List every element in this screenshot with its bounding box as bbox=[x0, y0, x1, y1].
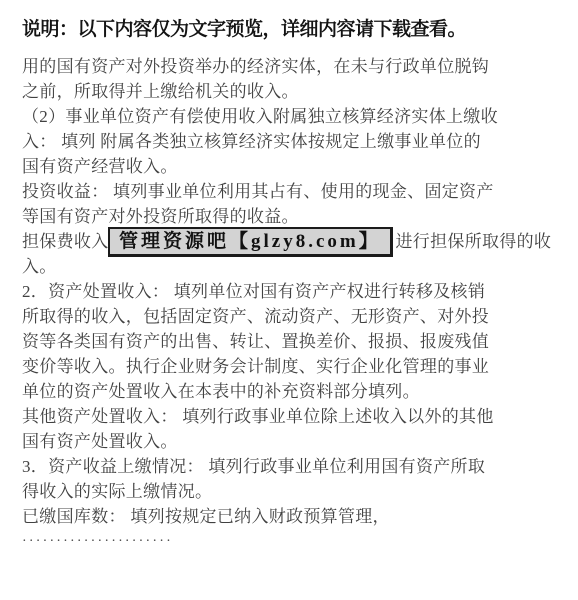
text-line: 资等各类国有资产的出售、转让、置换差价、报损、报废残值 bbox=[22, 329, 558, 354]
text-line: 国有资产处置收入。 bbox=[22, 429, 558, 454]
text-line: 3．资产收益上缴情况： 填列行政事业单位利用国有资产所取 bbox=[22, 454, 558, 479]
text-line: 国有资产经营收入。 bbox=[22, 154, 558, 179]
text-line: 之前，所取得并上缴给机关的收入。 bbox=[22, 79, 558, 104]
text-line: （2）事业单位资产有偿使用收入附属独立核算经济实体上缴收 bbox=[22, 104, 558, 129]
text-line: 入。 bbox=[22, 254, 558, 279]
text-line: 2．资产处置收入： 填列单位对国有资产产权进行转移及核销 bbox=[22, 279, 558, 304]
text-line: 投资收益： 填列事业单位利用其占有、使用的现金、固定资产 bbox=[22, 179, 558, 204]
text-line: 单位的资产处置收入在本表中的补充资料部分填列。 bbox=[22, 379, 558, 404]
text-line: 变价等收入。执行企业财务会计制度、实行企业化管理的事业 bbox=[22, 354, 558, 379]
text-line: 入： 填列 附属各类独立核算经济实体按规定上缴事业单位的 bbox=[22, 129, 558, 154]
text-line: 用的国有资产对外投资举办的经济实体，在未与行政单位脱钩 bbox=[22, 54, 558, 79]
text-before-watermark: 担保费收入 bbox=[22, 232, 109, 251]
text-line: 其他资产处置收入： 填列行政事业单位除上述收入以外的其他 bbox=[22, 404, 558, 429]
text-line: 已缴国库数： 填列按规定已纳入财政预算管理， bbox=[22, 504, 558, 529]
text-line: 得收入的实际上缴情况。 bbox=[22, 479, 558, 504]
text-line: 所取得的收入，包括固定资产、流动资产、无形资产、对外投 bbox=[22, 304, 558, 329]
watermark-line: 担保费收入进行担保所取得的收 管理资源吧【glzy8.com】 bbox=[22, 229, 558, 254]
text-line: 等国有资产对外投资所取得的收益。 bbox=[22, 204, 558, 229]
document-preview-page: 说明：以下内容仅为文字预览，详细内容请下载查看。 用的国有资产对外投资举办的经济… bbox=[0, 0, 578, 554]
lines-after-watermark: 入。2．资产处置收入： 填列单位对国有资产产权进行转移及核销所取得的收入，包括固… bbox=[22, 254, 558, 529]
lines-before-watermark: 用的国有资产对外投资举办的经济实体，在未与行政单位脱钩之前，所取得并上缴给机关的… bbox=[22, 54, 558, 229]
ellipsis-line: ······················ bbox=[22, 529, 558, 554]
document-body: 用的国有资产对外投资举办的经济实体，在未与行政单位脱钩之前，所取得并上缴给机关的… bbox=[22, 54, 558, 554]
watermark-badge: 管理资源吧【glzy8.com】 bbox=[108, 227, 393, 257]
text-after-watermark: 进行担保所取得的收 bbox=[396, 232, 552, 251]
preview-notice: 说明：以下内容仅为文字预览，详细内容请下载查看。 bbox=[22, 15, 558, 45]
